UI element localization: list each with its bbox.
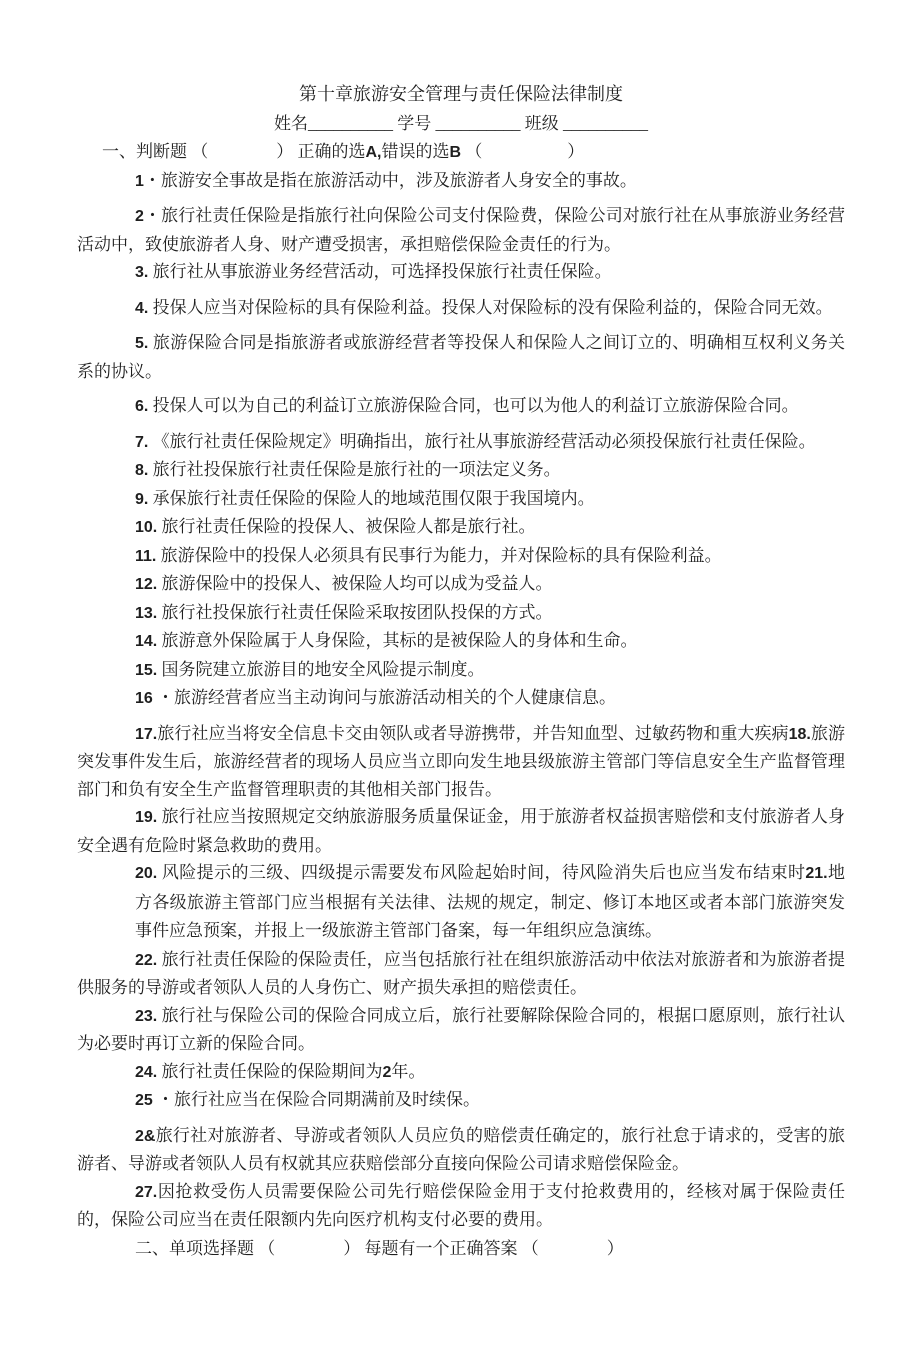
question-number: 7. <box>135 434 148 451</box>
question-number: 12. <box>135 576 157 593</box>
text-run: ・旅行社责任保险是指旅行社向保险公司支付保险费，保险公司对旅行社在从事旅游业务经… <box>77 206 845 254</box>
document-page: 第十章旅游安全管理与责任保险法律制度 姓名__________ 学号 _____… <box>0 0 920 1361</box>
question-item: 2&旅行社对旅游者、导游或者领队人员应负的赔偿责任确定的，旅行社怠于请求的，受害… <box>77 1122 845 1178</box>
question-number: 25 <box>135 1092 153 1109</box>
question-number: B <box>450 144 462 161</box>
text-run: 错误的选 <box>382 142 450 161</box>
text-run: 旅游保险合同是指旅游者或旅游经营者等投保人和保险人之间订立的、明确相互权利义务关… <box>77 333 845 381</box>
question-item: 11. 旅游保险中的投保人必须具有民事行为能力，并对保险标的具有保险利益。 <box>77 542 845 571</box>
text-run: ・旅游安全事故是指在旅游活动中，涉及旅游者人身安全的事故。 <box>144 171 637 190</box>
question-item: 7. 《旅行社责任保险规定》明确指出，旅行社从事旅游经营活动必须投保旅行社责任保… <box>77 428 845 457</box>
question-item: 13. 旅行社投保旅行社责任保险采取按团队投保的方式。 <box>77 599 845 628</box>
question-number: 10. <box>135 519 157 536</box>
question-number: 22. <box>135 952 157 969</box>
text-run: 因抢救受伤人员需要保险公司先行赔偿保险金用于支付抢救费用的，经核对属于保险责任的… <box>77 1182 845 1230</box>
question-number: 4. <box>135 300 148 317</box>
question-number: 1 <box>135 173 144 190</box>
question-number: 14. <box>135 633 157 650</box>
question-number: 17. <box>135 726 157 743</box>
text-run: 旅游保险中的投保人、被保险人均可以成为受益人。 <box>157 574 552 593</box>
text-run: 旅行社投保旅行社责任保险采取按团队投保的方式。 <box>157 603 552 622</box>
text-run: 风险提示的三级、四级提示需要发布风险起始时间，待风险消失后也应当发布结束时 <box>157 863 805 882</box>
text-run: 旅行社责任保险的保险责任，应当包括旅行社在组织旅游活动中依法对旅游者和为旅游者提… <box>77 950 845 998</box>
text-run: ・旅游经营者应当主动询问与旅游活动相关的个人健康信息。 <box>153 688 616 707</box>
question-item: 23. 旅行社与保险公司的保险合同成立后，旅行社要解除保险合同的，根据口愿原则，… <box>77 1002 845 1058</box>
text-run: 旅游保险中的投保人必须具有民事行为能力，并对保险标的具有保险利益。 <box>156 546 721 565</box>
question-number: 8. <box>135 462 148 479</box>
text-run: 旅行社应当将安全信息卡交由领队或者导游携带，并告知血型、过敏药物和重大疾病 <box>157 724 788 743</box>
question-item: 5. 旅游保险合同是指旅游者或旅游经营者等投保人和保险人之间订立的、明确相互权利… <box>77 329 845 385</box>
text-run: 旅行社应当按照规定交纳旅游服务质量保证金，用于旅游者权益损害赔偿和支付旅游者人身… <box>77 807 845 855</box>
question-item: 24. 旅行社责任保险的保险期间为2年。 <box>77 1058 845 1087</box>
question-number: 9. <box>135 491 148 508</box>
text-run: （ ） <box>461 142 584 161</box>
text-run: 旅行社投保旅行社责任保险是旅行社的一项法定义务。 <box>148 460 560 479</box>
question-item: 9. 承保旅行社责任保险的保险人的地域范围仅限于我国境内。 <box>77 485 845 514</box>
text-run: 年。 <box>391 1062 425 1081</box>
question-item: 2・旅行社责任保险是指旅行社向保险公司支付保险费，保险公司对旅行社在从事旅游业务… <box>77 202 845 258</box>
question-number: 2& <box>135 1128 155 1145</box>
question-item: 27.因抢救受伤人员需要保险公司先行赔偿保险金用于支付抢救费用的，经核对属于保险… <box>77 1178 845 1234</box>
question-number: 20. <box>135 865 157 882</box>
question-item: 14. 旅游意外保险属于人身保险，其标的是被保险人的身体和生命。 <box>77 627 845 656</box>
question-number: 18. <box>789 726 811 743</box>
text-run: 旅行社与保险公司的保险合同成立后，旅行社要解除保险合同的，根据口愿原则，旅行社认… <box>77 1006 845 1054</box>
question-number: 24. <box>135 1064 157 1081</box>
question-number: 6. <box>135 398 148 415</box>
question-number: 5. <box>135 335 148 352</box>
text-run: 投保人可以为自己的利益订立旅游保险合同，也可以为他人的利益订立旅游保险合同。 <box>148 396 798 415</box>
text-run: 旅行社责任保险的保险期间为 <box>157 1062 382 1081</box>
question-item: 15. 国务院建立旅游目的地安全风险提示制度。 <box>77 656 845 685</box>
question-item: 8. 旅行社投保旅行社责任保险是旅行社的一项法定义务。 <box>77 456 845 485</box>
question-number: 27. <box>135 1184 157 1201</box>
question-item: 12. 旅游保险中的投保人、被保险人均可以成为受益人。 <box>77 570 845 599</box>
question-number: 19. <box>135 809 157 826</box>
text-run: 旅行社责任保险的投保人、被保险人都是旅行社。 <box>157 517 535 536</box>
document-title: 第十章旅游安全管理与责任保险法律制度 <box>77 80 845 109</box>
question-item: 17.旅行社应当将安全信息卡交由领队或者导游携带，并告知血型、过敏药物和重大疾病… <box>77 720 845 804</box>
question-item: 3. 旅行社从事旅游业务经营活动，可选择投保旅行社责任保险。 <box>77 258 845 287</box>
section-heading-true-false: 一、判断题 （ ） 正确的选A,错误的选B （ ） <box>102 138 845 167</box>
text-run: 国务院建立旅游目的地安全风险提示制度。 <box>157 660 484 679</box>
question-item: 20. 风险提示的三级、四级提示需要发布风险起始时间，待风险消失后也应当发布结束… <box>135 859 845 946</box>
question-number: 2 <box>135 208 144 225</box>
text-run: 旅游意外保险属于人身保险，其标的是被保险人的身体和生命。 <box>157 631 637 650</box>
question-item: 22. 旅行社责任保险的保险责任，应当包括旅行社在组织旅游活动中依法对旅游者和为… <box>77 946 845 1002</box>
text-run: 投保人应当对保险标的具有保险利益。投保人对保险标的没有保险利益的，保险合同无效。 <box>148 298 832 317</box>
question-number: 21. <box>805 865 827 882</box>
text-run: 二、单项选择题 （ ） 每题有一个正确答案 （ ） <box>135 1239 624 1258</box>
question-number: 3. <box>135 264 148 281</box>
question-list: 1・旅游安全事故是指在旅游活动中，涉及旅游者人身安全的事故。2・旅行社责任保险是… <box>77 167 845 1234</box>
text-run: 承保旅行社责任保险的保险人的地域范围仅限于我国境内。 <box>148 489 594 508</box>
question-item: 1・旅游安全事故是指在旅游活动中，涉及旅游者人身安全的事故。 <box>77 167 845 196</box>
question-item: 19. 旅行社应当按照规定交纳旅游服务质量保证金，用于旅游者权益损害赔偿和支付旅… <box>77 803 845 859</box>
question-number: A, <box>366 144 382 161</box>
text-run: 《旅行社责任保险规定》明确指出，旅行社从事旅游经营活动必须投保旅行社责任保险。 <box>148 432 815 451</box>
text-run: 旅行社对旅游者、导游或者领队人员应负的赔偿责任确定的，旅行社怠于请求的，受害的旅… <box>77 1126 845 1174</box>
question-item: 25 ・旅行社应当在保险合同期满前及时续保。 <box>77 1086 845 1115</box>
question-item: 16 ・旅游经营者应当主动询问与旅游活动相关的个人健康信息。 <box>77 684 845 713</box>
name-id-class-blanks-line: 姓名__________ 学号 __________ 班级 __________ <box>77 109 845 138</box>
question-number: 13. <box>135 605 157 622</box>
text-run: 旅行社从事旅游业务经营活动，可选择投保旅行社责任保险。 <box>148 262 611 281</box>
text-run: ・旅行社应当在保险合同期满前及时续保。 <box>153 1090 480 1109</box>
question-item: 10. 旅行社责任保险的投保人、被保险人都是旅行社。 <box>77 513 845 542</box>
question-item: 4. 投保人应当对保险标的具有保险利益。投保人对保险标的没有保险利益的，保险合同… <box>77 294 845 323</box>
section-heading-single-choice: 二、单项选择题 （ ） 每题有一个正确答案 （ ） <box>77 1235 845 1263</box>
question-item: 6. 投保人可以为自己的利益订立旅游保险合同，也可以为他人的利益订立旅游保险合同… <box>77 392 845 421</box>
question-number: 23. <box>135 1008 157 1025</box>
question-number: 15. <box>135 662 157 679</box>
text-run: 一、判断题 （ ） 正确的选 <box>102 142 366 161</box>
question-number: 11. <box>135 548 156 565</box>
question-number: 16 <box>135 690 153 707</box>
